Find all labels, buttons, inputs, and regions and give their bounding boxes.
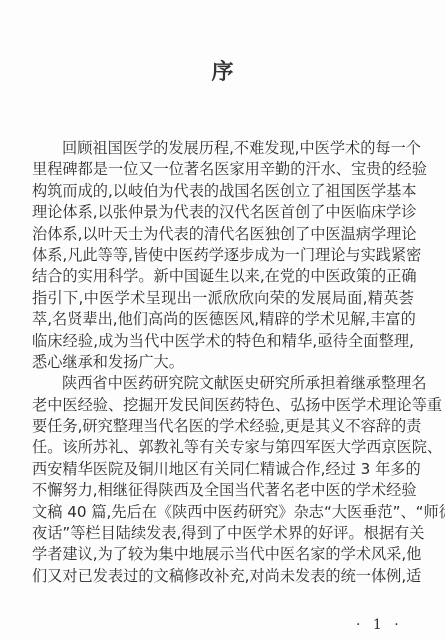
text-line: 任。该所苏礼、郭教礼等有关专家与第四军医大学西京医院、 [32,437,414,458]
text-line: 陕西省中医药研究院文献医史研究所承担着继承整理名 [32,373,414,394]
text-line: 治体系,以叶天士为代表的清代名医独创了中医温病学理论 [32,224,414,245]
document-page: 序 回顾祖国医学的发展历程,不难发现,中医学术的每一个 里程碑都是一位又一位著名… [0,0,445,640]
text-line: 构筑而成的,以岐伯为代表的战国名医创立了祖国医学基本 [32,181,414,202]
body-text: 回顾祖国医学的发展历程,不难发现,中医学术的每一个 里程碑都是一位又一位著名医家… [32,138,414,587]
text-line: 要任务,研究整理当代名医的学术经验,更是其义不容辞的责 [32,416,414,437]
text-line: 体系,凡此等等,皆使中医药学逐步成为一门理论与实践紧密 [32,245,414,266]
text-line: 理论体系,以张仲景为代表的汉代名医首创了中医临床学诊 [32,202,414,223]
text-line: 文稿 40 篇,先后在《陕西中医药研究》杂志“大医垂范”、“师徒 [32,502,414,523]
text-line: 夜话”等栏目陆续发表,得到了中医学术界的好评。根据有关 [32,523,414,544]
text-line: 指引下,中医学术呈现出一派欣欣向荣的发展局面,精英荟 [32,288,414,309]
text-line: 不懈努力,相继征得陕西及全国当代著名老中医的学术经验 [32,480,414,501]
text-line: 学者建议,为了较为集中地展示当代中医名家的学术风采,他 [32,544,414,565]
text-line: 里程碑都是一位又一位著名医家用辛勤的汗水、宝贵的经验 [32,159,414,180]
text-line: 回顾祖国医学的发展历程,不难发现,中医学术的每一个 [32,138,414,159]
text-line: 西安精华医院及铜川地区有关同仁精诚合作,经过 3 年多的 [32,459,414,480]
text-line: 临床经验,成为当代中医学术的特色和精华,亟待全面整理, [32,331,414,352]
page-number: · 1 · [356,617,403,633]
text-line: 老中医经验、挖掘开发民间医药特色、弘扬中医学术理论等重 [32,395,414,416]
text-line: 们又对已发表过的文稿修改补充,对尚未发表的统一体例,适 [32,566,414,587]
text-line: 结合的实用科学。新中国诞生以来,在党的中医政策的正确 [32,266,414,287]
text-line: 悉心继承和发扬广大。 [32,352,414,373]
page-title: 序 [0,55,445,86]
text-line: 萃,名贤辈出,他们高尚的医德医风,精辟的学术见解,丰富的 [32,309,414,330]
